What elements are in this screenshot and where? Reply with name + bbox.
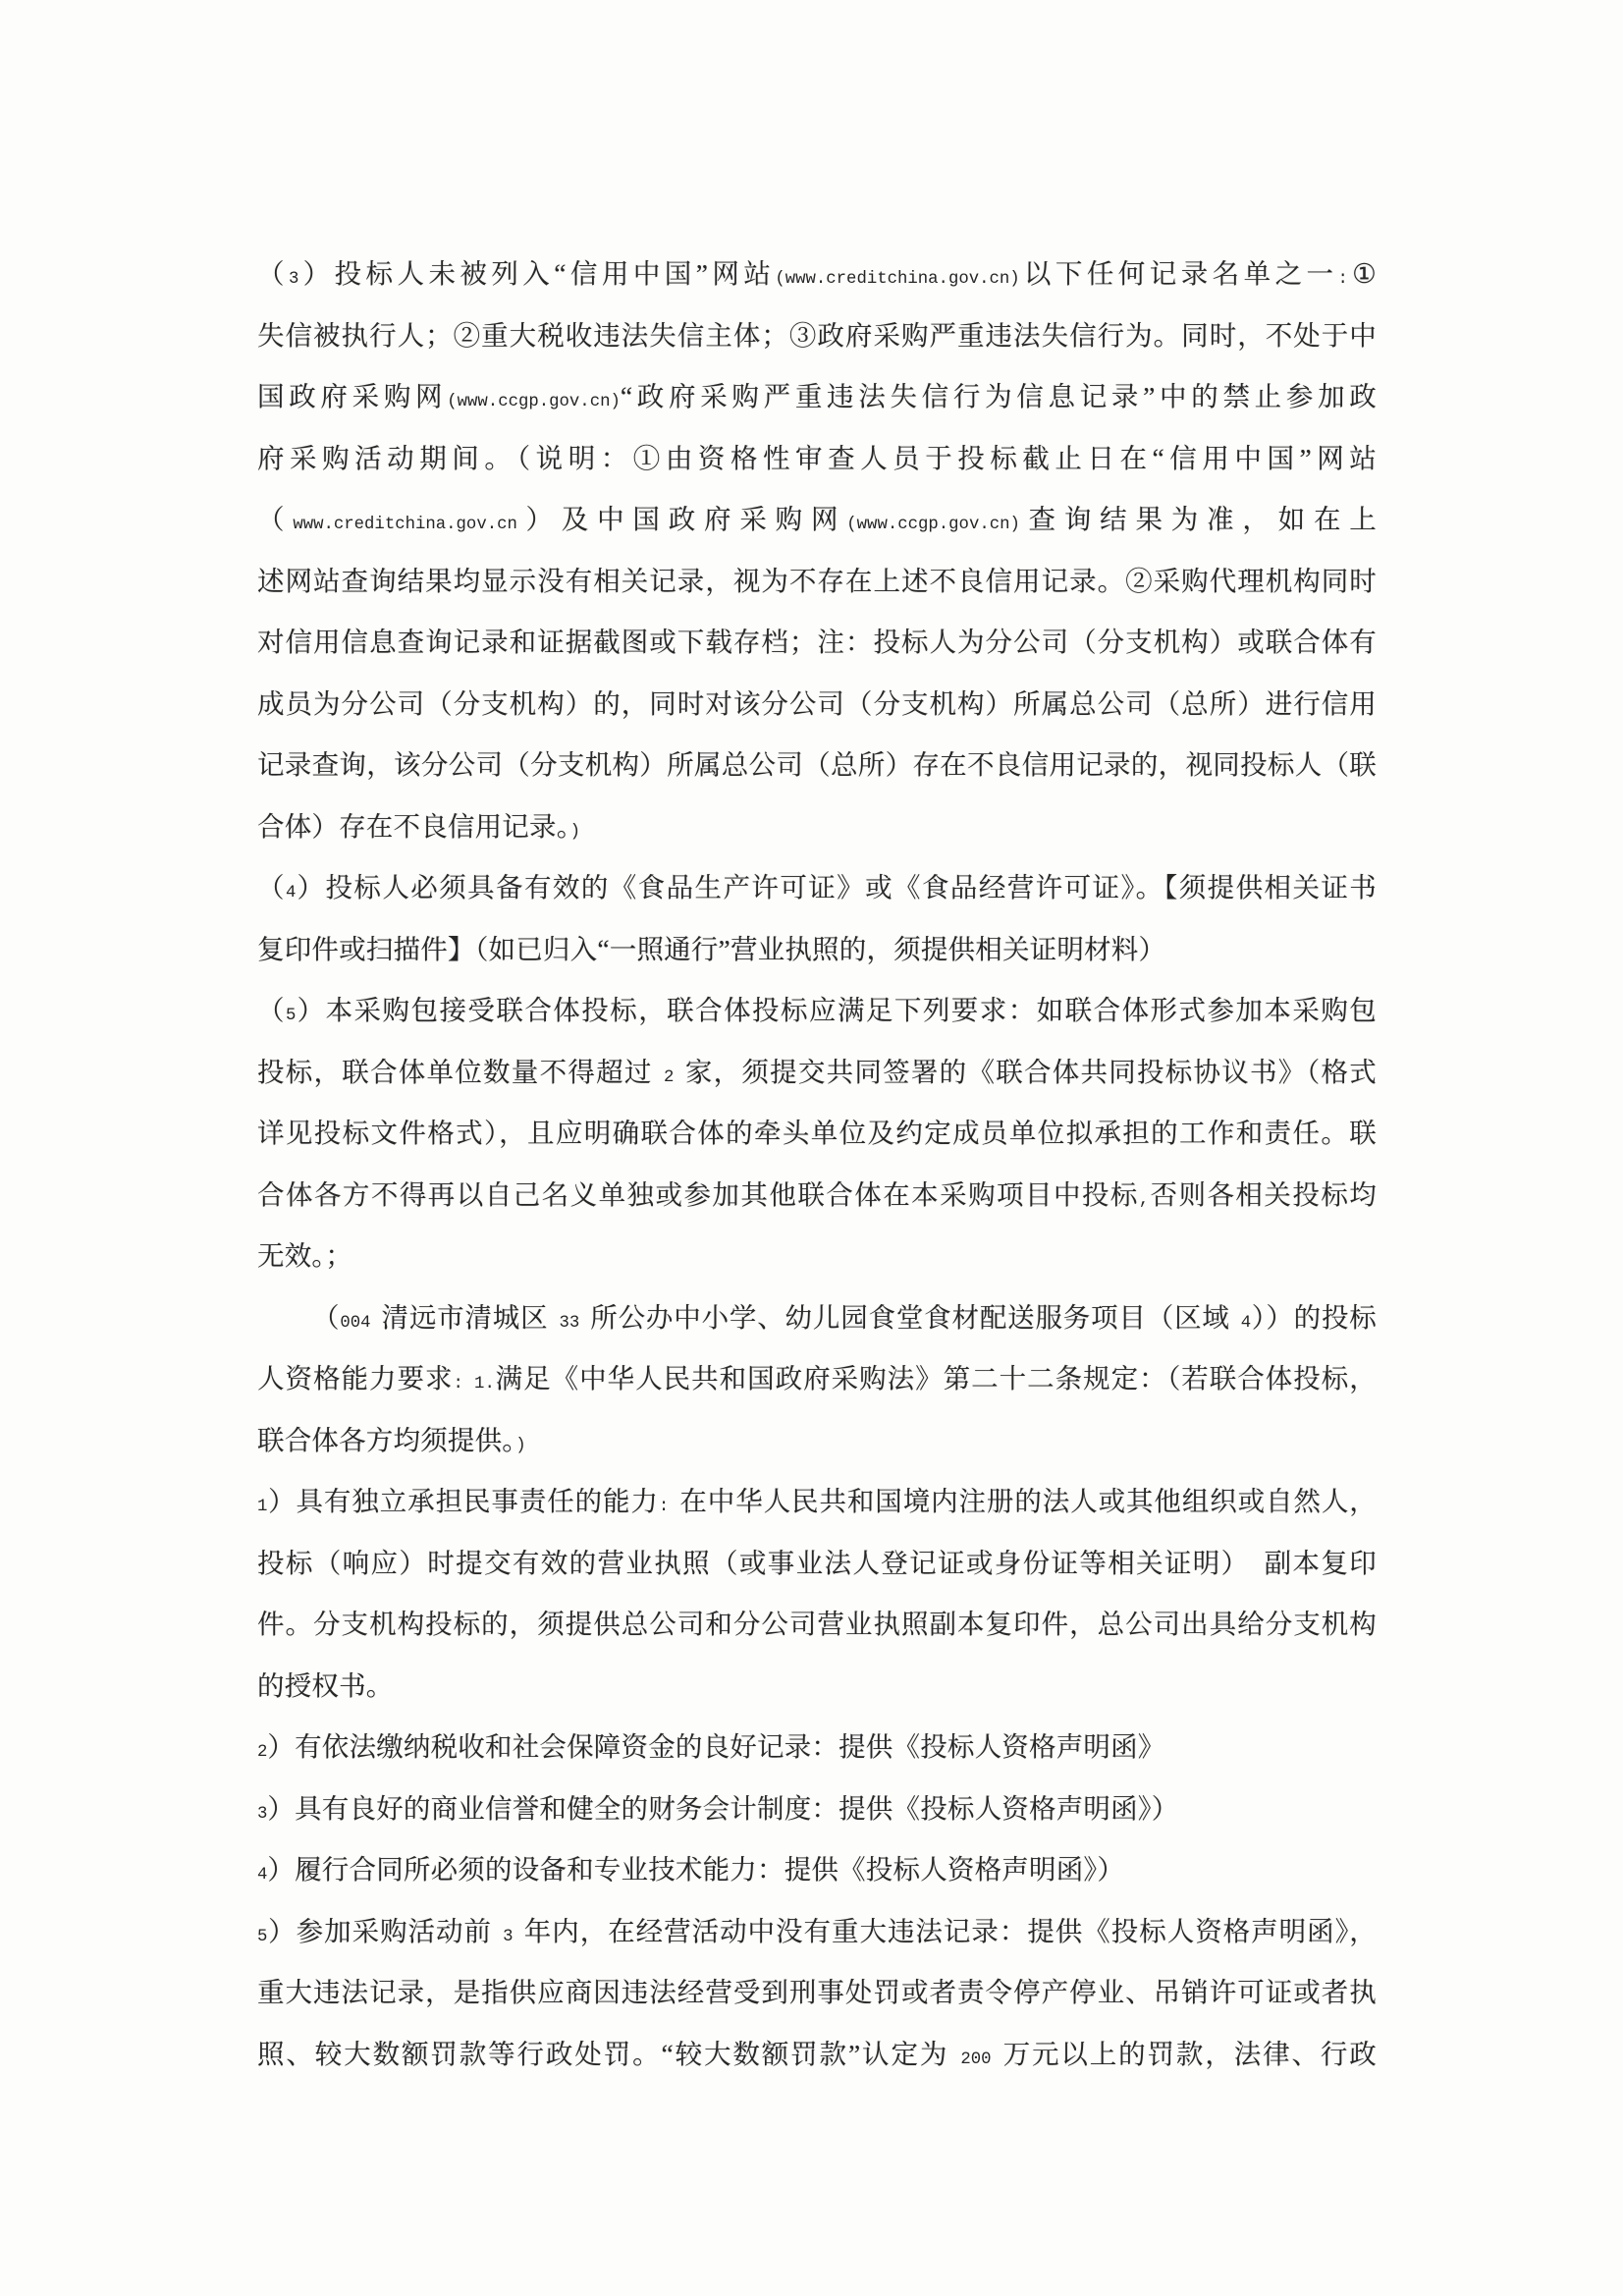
latin-text-run: : — [1338, 270, 1348, 289]
document-page: （3）投标人未被列入“信用中国”网站(www.creditchina.gov.c… — [0, 0, 1623, 2296]
latin-text-run: (www.ccgp.gov.cn) — [447, 393, 621, 411]
document-text-block: （3）投标人未被列入“信用中国”网站(www.creditchina.gov.c… — [257, 244, 1377, 2085]
text-line: 照、较大数额罚款等行政处罚。“较大数额罚款”认定为 200 万元以上的罚款，法律… — [257, 2024, 1377, 2086]
text-line: 的授权书。 — [257, 1656, 1377, 1718]
text-line: 件。分支机构投标的，须提供总公司和分公司营业执照副本复印件，总公司出具给分支机构 — [257, 1594, 1377, 1656]
text-line: 详见投标文件格式），且应明确联合体的牵头单位及约定成员单位拟承担的工作和责任。联 — [257, 1103, 1377, 1165]
latin-text-run: 3 — [257, 1805, 267, 1824]
text-line: （004 清远市清城区 33 所公办中小学、幼儿园食堂食材配送服务项目（区域 4… — [257, 1287, 1377, 1349]
latin-text-run: ) — [515, 1437, 525, 1455]
text-line: 人资格能力要求: 1.满足《中华人民共和国政府采购法》第二十二条规定：（若联合体… — [257, 1348, 1377, 1410]
text-line: 重大违法记录，是指供应商因违法经营受到刑事处罚或者责令停产停业、吊销许可证或者执 — [257, 1962, 1377, 2024]
text-line: （4）投标人必须具备有效的《食品生产许可证》或《食品经营许可证》。【须提供相关证… — [257, 857, 1377, 919]
text-line: 联合体各方均须提供。) — [257, 1410, 1377, 1472]
text-line: （www.creditchina.gov.cn）及中国政府采购网(www.ccg… — [257, 489, 1377, 551]
latin-text-run: 4 — [257, 1866, 267, 1885]
text-line: 1）具有独立承担民事责任的能力: 在中华人民共和国境内注册的法人或其他组织或自然… — [257, 1471, 1377, 1533]
text-line: 3）具有良好的商业信誉和健全的财务会计制度：提供《投标人资格声明函》） — [257, 1778, 1377, 1840]
latin-text-run: 200 — [948, 2050, 1002, 2069]
latin-text-run: 004 — [340, 1314, 381, 1333]
text-line: 2）有依法缴纳税收和社会保障资金的良好记录：提供《投标人资格声明函》 — [257, 1717, 1377, 1778]
text-line: 无效。； — [257, 1226, 1377, 1287]
text-line: 府采购活动期间。（说明：①由资格性审查人员于投标截止日在“信用中国”网站 — [257, 428, 1377, 490]
latin-text-run: 2 — [257, 1743, 267, 1762]
latin-text-run: 2 — [653, 1068, 685, 1087]
latin-text-run: (www.creditchina.gov.cn) — [775, 270, 1019, 289]
latin-text-run: ) — [570, 823, 580, 842]
latin-text-run: : — [659, 1498, 680, 1516]
latin-text-run: 5 — [286, 1007, 296, 1025]
latin-text-run: 3 — [492, 1928, 524, 1946]
latin-text-run: 1 — [257, 1498, 267, 1516]
text-line: 对信用信息查询记录和证据截图或下载存档；注：投标人为分公司（分支机构）或联合体有 — [257, 612, 1377, 674]
text-line: 4）履行合同所必须的设备和专业技术能力：提供《投标人资格声明函》） — [257, 1839, 1377, 1901]
text-line: 投标，联合体单位数量不得超过 2 家，须提交共同签署的《联合体共同投标协议书》（… — [257, 1042, 1377, 1104]
latin-text-run: 33 — [548, 1314, 590, 1333]
text-line: 合体各方不得再以自己名义单独或参加其他联合体在本采购项目中投标,否则各相关投标均 — [257, 1165, 1377, 1227]
text-line: 失信被执行人；②重大税收违法失信主体；③政府采购严重违法失信行为。同时，不处于中 — [257, 305, 1377, 367]
text-line: 成员为分公司（分支机构）的，同时对该分公司（分支机构）所属总公司（总所）进行信用 — [257, 674, 1377, 736]
text-line: 5）参加采购活动前 3 年内，在经营活动中没有重大违法记录：提供《投标人资格声明… — [257, 1901, 1377, 1963]
latin-text-run: 3 — [289, 270, 298, 289]
latin-text-run: 4 — [286, 884, 296, 902]
text-line: （3）投标人未被列入“信用中国”网站(www.creditchina.gov.c… — [257, 244, 1377, 305]
latin-text-run: , — [1139, 1191, 1149, 1210]
text-line: 记录查询，该分公司（分支机构）所属总公司（总所）存在不良信用记录的，视同投标人（… — [257, 735, 1377, 796]
latin-text-run: 5 — [257, 1928, 267, 1946]
text-line: 投标（响应）时提交有效的营业执照（或事业法人登记证或身份证等相关证明） 副本复印 — [257, 1533, 1377, 1595]
latin-text-run: : 1. — [453, 1375, 494, 1394]
latin-text-run: (www.ccgp.gov.cn) — [846, 516, 1020, 534]
text-line: （5）本采购包接受联合体投标，联合体投标应满足下列要求：如联合体形式参加本采购包 — [257, 980, 1377, 1042]
text-line: 述网站查询结果均显示没有相关记录，视为不存在上述不良信用记录。②采购代理机构同时 — [257, 551, 1377, 613]
text-line: 复印件或扫描件】（如已归入“一照通行”营业执照的，须提供相关证明材料） — [257, 919, 1377, 981]
latin-text-run: www.creditchina.gov.cn — [293, 516, 517, 534]
latin-text-run: 4 — [1230, 1314, 1251, 1333]
text-line: 合体）存在不良信用记录。) — [257, 796, 1377, 858]
text-line: 国政府采购网(www.ccgp.gov.cn)“政府采购严重违法失信行为信息记录… — [257, 366, 1377, 428]
